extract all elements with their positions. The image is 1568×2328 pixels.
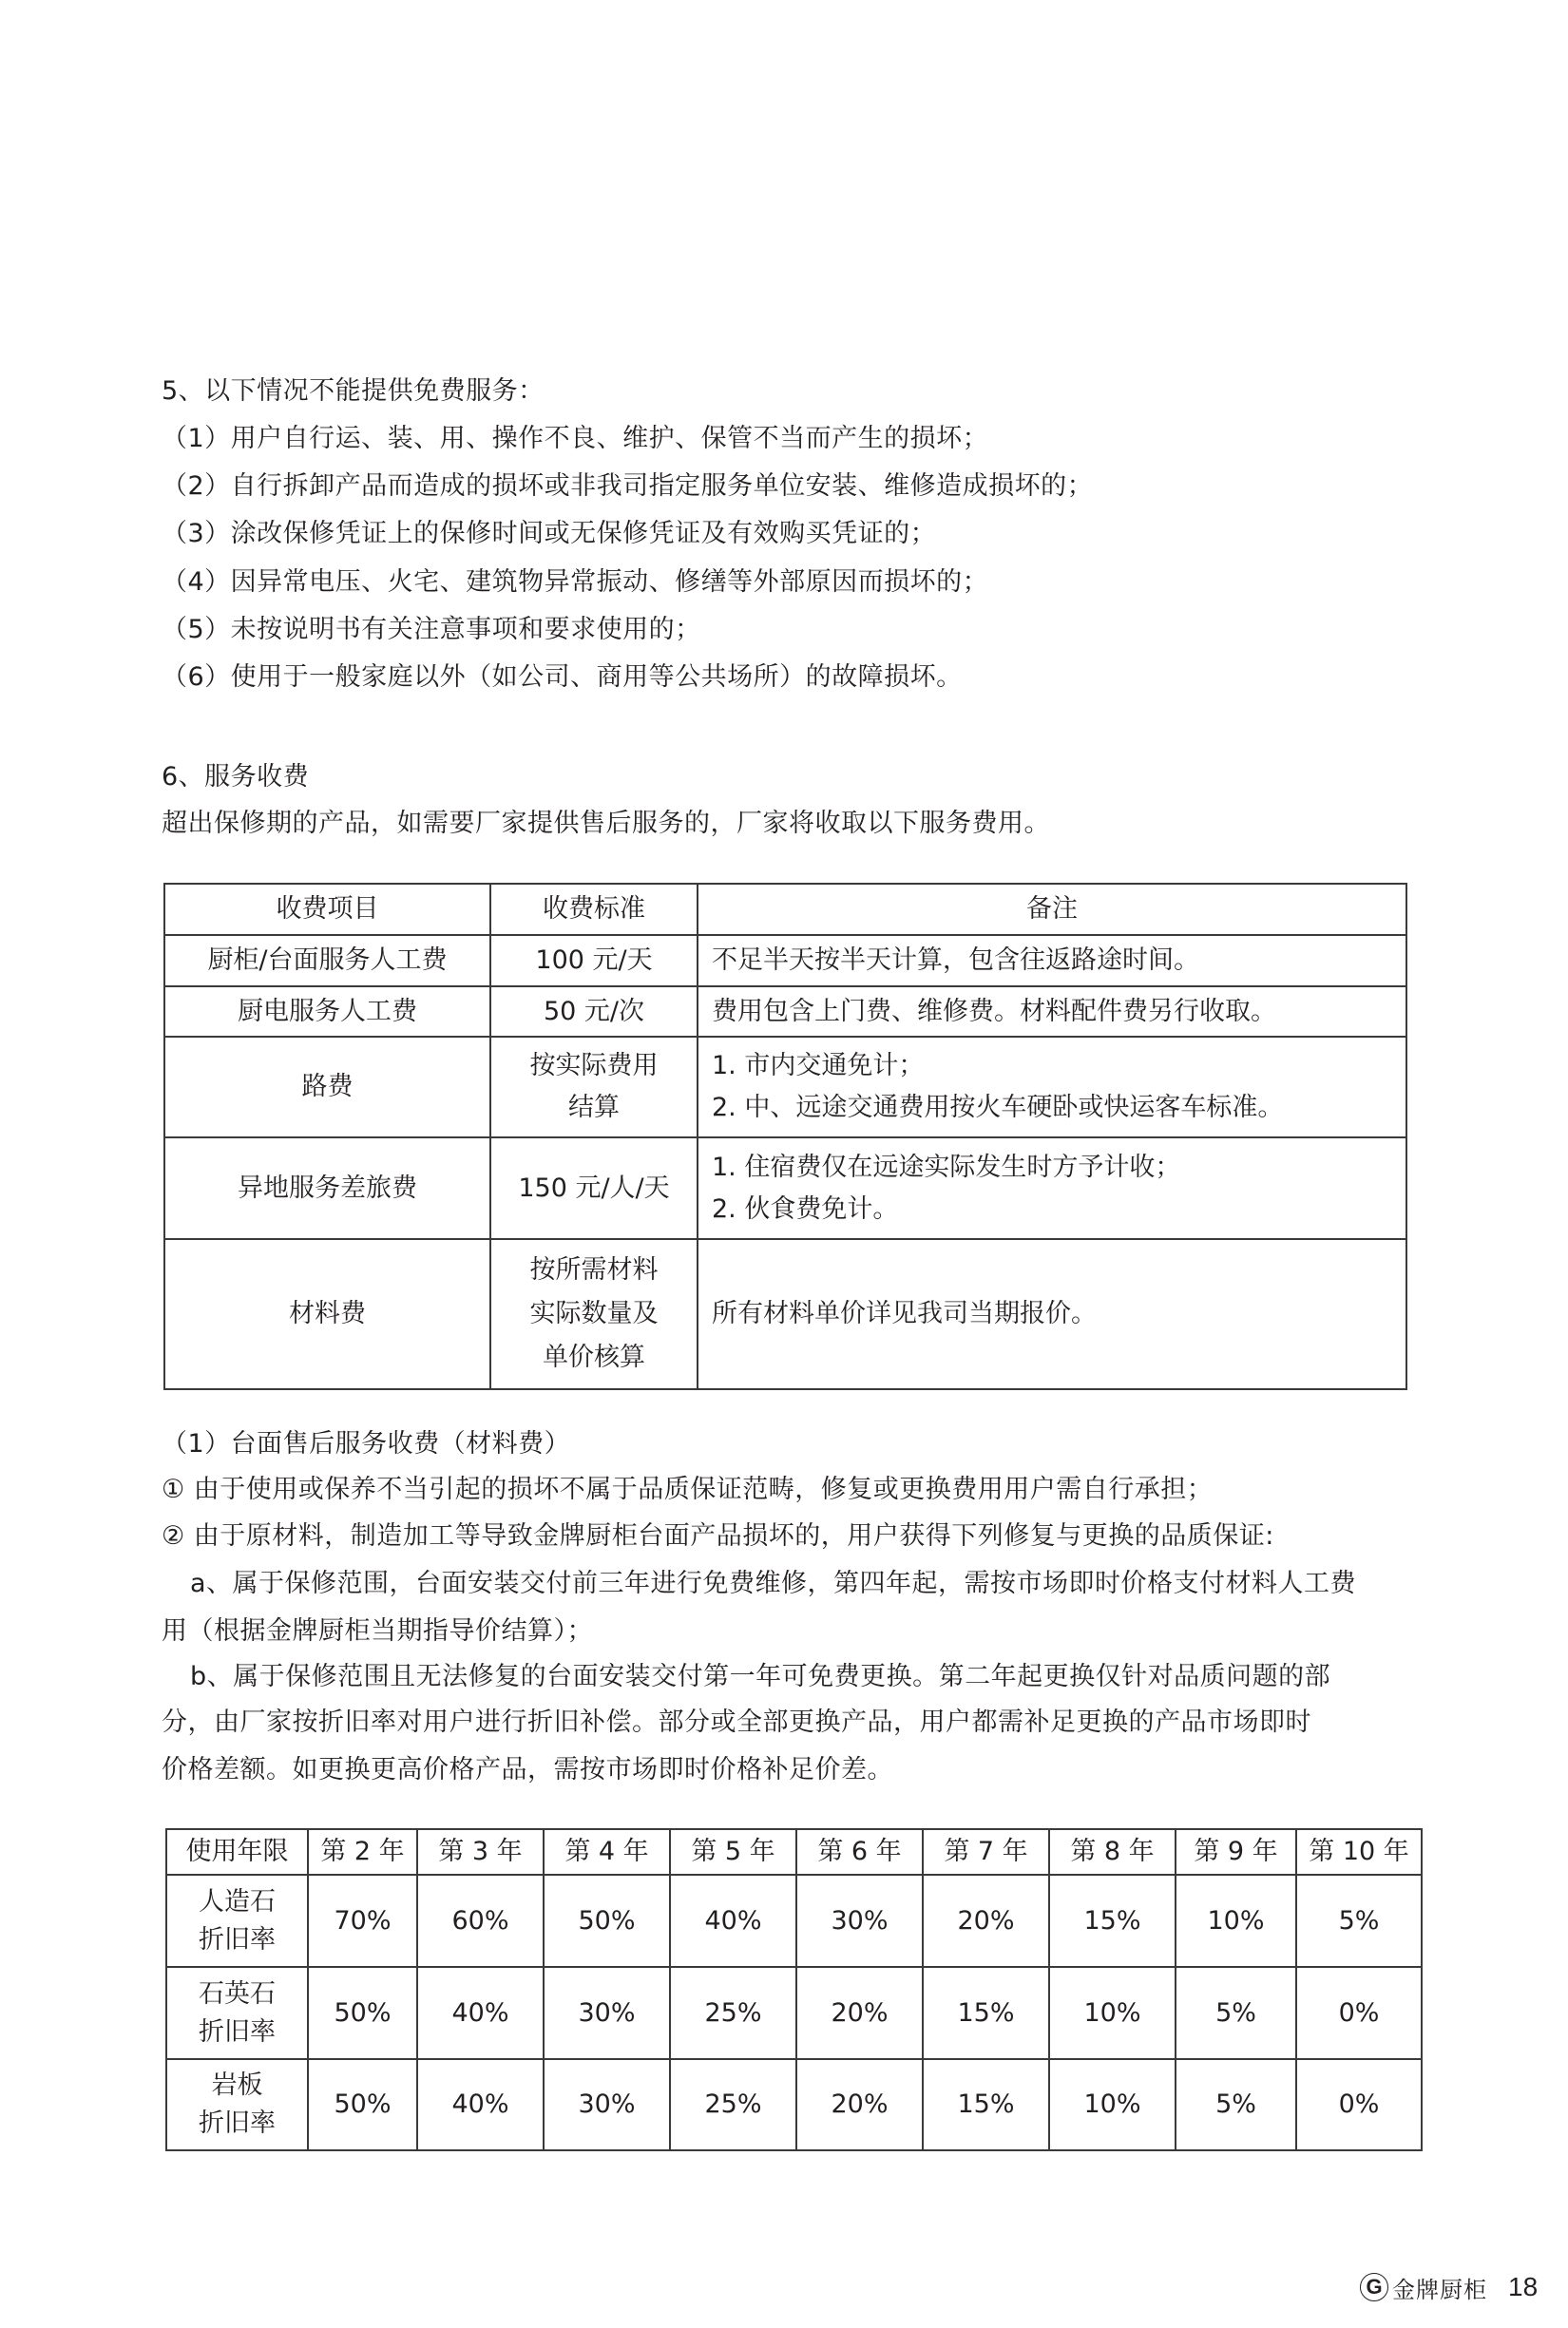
section5-item: （4）因异常电压、火宅、建筑物异常振动、修缮等外部原因而损坏的； <box>162 565 988 600</box>
fee-standard: 按所需材料 实际数量及 单价核算 <box>490 1239 698 1389</box>
year-cell: 第 5 年 <box>670 1829 796 1875</box>
service-fee-table: 收费项目 收费标准 备注 厨柜/台面服务人工费 100 元/天 不足半天按半天计… <box>163 883 1407 1390</box>
paragraph: a、属于保修范围，台面安装交付前三年进行免费维修，第四年起，需按市场即时价格支付… <box>190 1567 1356 1601</box>
depreciation-header: 使用年限 第 2 年 第 3 年 第 4 年 第 5 年 第 6 年 第 7 年… <box>166 1829 1422 1875</box>
material-label: 岩板折旧率 <box>166 2059 308 2150</box>
rate-cell: 15% <box>923 1967 1049 2059</box>
rate-cell: 10% <box>1049 1967 1176 2059</box>
rate-cell: 15% <box>1049 1875 1176 1967</box>
year-cell: 第 4 年 <box>544 1829 670 1875</box>
rate-cell: 30% <box>796 1875 923 1967</box>
material-label: 石英石折旧率 <box>166 1967 308 2059</box>
subsection1-title: （1）台面售后服务收费（材料费） <box>162 1427 570 1461</box>
section5-item: （6）使用于一般家庭以外（如公司、商用等公共场所）的故障损坏。 <box>162 660 963 695</box>
header-cell: 使用年限 <box>166 1829 308 1875</box>
rate-cell: 5% <box>1176 2059 1296 2150</box>
rate-cell: 40% <box>417 2059 544 2150</box>
table-row: 石英石折旧率 50% 40% 30% 25% 20% 15% 10% 5% 0% <box>166 1967 1422 2059</box>
year-cell: 第 6 年 <box>796 1829 923 1875</box>
fee-standard: 150 元/人/天 <box>490 1137 698 1239</box>
paragraph: 用（根据金牌厨柜当期指导价结算）； <box>162 1614 593 1649</box>
fee-note: 1. 市内交通免计； 2. 中、远途交通费用按火车硬卧或快运客车标准。 <box>698 1037 1406 1137</box>
paragraph: ① 由于使用或保养不当引起的损坏不属于品质保证范畴，修复或更换费用用户需自行承担… <box>162 1473 1213 1507</box>
section5-item: （2）自行拆卸产品而造成的损坏或非我司指定服务单位安装、维修造成损坏的； <box>162 469 1093 504</box>
fee-item: 厨电服务人工费 <box>164 986 490 1037</box>
fee-standard: 按实际费用 结算 <box>490 1037 698 1137</box>
year-cell: 第 3 年 <box>417 1829 544 1875</box>
rate-cell: 20% <box>923 1875 1049 1967</box>
header-cell: 备注 <box>698 884 1406 935</box>
rate-cell: 10% <box>1049 2059 1176 2150</box>
rate-cell: 15% <box>923 2059 1049 2150</box>
fee-standard: 100 元/天 <box>490 935 698 986</box>
paragraph: 价格差额。如更换更高价格产品，需按市场即时价格补足价差。 <box>162 1753 893 1787</box>
rate-cell: 10% <box>1176 1875 1296 1967</box>
fee-note: 1. 住宿费仅在远途实际发生时方予计收； 2. 伙食费免计。 <box>698 1137 1406 1239</box>
fee-item: 异地服务差旅费 <box>164 1137 490 1239</box>
section5-title: 5、以下情况不能提供免费服务： <box>162 374 545 409</box>
fee-item: 厨柜/台面服务人工费 <box>164 935 490 986</box>
rate-cell: 50% <box>308 2059 417 2150</box>
rate-cell: 40% <box>417 1967 544 2059</box>
page-number: 18 <box>1508 2272 1538 2302</box>
material-label: 人造石折旧率 <box>166 1875 308 1967</box>
brand-logo-icon: G <box>1360 2273 1388 2301</box>
table-row: 人造石折旧率 70% 60% 50% 40% 30% 20% 15% 10% 5… <box>166 1875 1422 1967</box>
page-footer: G 金牌厨柜 18 <box>1360 2271 1538 2303</box>
paragraph: 分，由厂家按折旧率对用户进行折旧补偿。部分或全部更换产品，用户都需补足更换的产品… <box>162 1706 1311 1740</box>
rate-cell: 40% <box>670 1875 796 1967</box>
table-row: 异地服务差旅费 150 元/人/天 1. 住宿费仅在远途实际发生时方予计收； 2… <box>164 1137 1406 1239</box>
fee-note: 不足半天按半天计算，包含往返路途时间。 <box>698 935 1406 986</box>
fee-item: 路费 <box>164 1037 490 1137</box>
rate-cell: 20% <box>796 1967 923 2059</box>
rate-cell: 5% <box>1176 1967 1296 2059</box>
rate-cell: 30% <box>544 2059 670 2150</box>
header-cell: 收费标准 <box>490 884 698 935</box>
rate-cell: 25% <box>670 2059 796 2150</box>
fee-note: 费用包含上门费、维修费。材料配件费另行收取。 <box>698 986 1406 1037</box>
table-row: 厨电服务人工费 50 元/次 费用包含上门费、维修费。材料配件费另行收取。 <box>164 986 1406 1037</box>
rate-cell: 30% <box>544 1967 670 2059</box>
paragraph: b、属于保修范围且无法修复的台面安装交付第一年可免费更换。第二年起更换仅针对品质… <box>190 1660 1330 1694</box>
fee-note: 所有材料单价详见我司当期报价。 <box>698 1239 1406 1389</box>
rate-cell: 50% <box>308 1967 417 2059</box>
brand-name: 金牌厨柜 <box>1392 2271 1487 2304</box>
year-cell: 第 7 年 <box>923 1829 1049 1875</box>
table-row: 岩板折旧率 50% 40% 30% 25% 20% 15% 10% 5% 0% <box>166 2059 1422 2150</box>
fee-item: 材料费 <box>164 1239 490 1389</box>
section6-intro: 超出保修期的产品，如需要厂家提供售后服务的，厂家将收取以下服务费用。 <box>162 807 1050 841</box>
table-row: 材料费 按所需材料 实际数量及 单价核算 所有材料单价详见我司当期报价。 <box>164 1239 1406 1389</box>
paragraph: ② 由于原材料，制造加工等导致金牌厨柜台面产品损坏的，用户获得下列修复与更换的品… <box>162 1519 1274 1554</box>
section5-item: （5）未按说明书有关注意事项和要求使用的； <box>162 613 701 647</box>
rate-cell: 5% <box>1296 1875 1422 1967</box>
fee-standard: 50 元/次 <box>490 986 698 1037</box>
year-cell: 第 8 年 <box>1049 1829 1176 1875</box>
rate-cell: 70% <box>308 1875 417 1967</box>
table-row: 路费 按实际费用 结算 1. 市内交通免计； 2. 中、远途交通费用按火车硬卧或… <box>164 1037 1406 1137</box>
depreciation-table: 使用年限 第 2 年 第 3 年 第 4 年 第 5 年 第 6 年 第 7 年… <box>165 1828 1423 2151</box>
rate-cell: 60% <box>417 1875 544 1967</box>
rate-cell: 50% <box>544 1875 670 1967</box>
table-row: 厨柜/台面服务人工费 100 元/天 不足半天按半天计算，包含往返路途时间。 <box>164 935 1406 986</box>
header-cell: 收费项目 <box>164 884 490 935</box>
year-cell: 第 10 年 <box>1296 1829 1422 1875</box>
fee-table-header: 收费项目 收费标准 备注 <box>164 884 1406 935</box>
rate-cell: 20% <box>796 2059 923 2150</box>
section5-item: （3）涂改保修凭证上的保修时间或无保修凭证及有效购买凭证的； <box>162 517 936 551</box>
section6-title: 6、服务收费 <box>162 760 309 794</box>
section5-item: （1）用户自行运、装、用、操作不良、维护、保管不当而产生的损坏； <box>162 422 988 456</box>
year-cell: 第 2 年 <box>308 1829 417 1875</box>
rate-cell: 0% <box>1296 2059 1422 2150</box>
year-cell: 第 9 年 <box>1176 1829 1296 1875</box>
rate-cell: 0% <box>1296 1967 1422 2059</box>
rate-cell: 25% <box>670 1967 796 2059</box>
